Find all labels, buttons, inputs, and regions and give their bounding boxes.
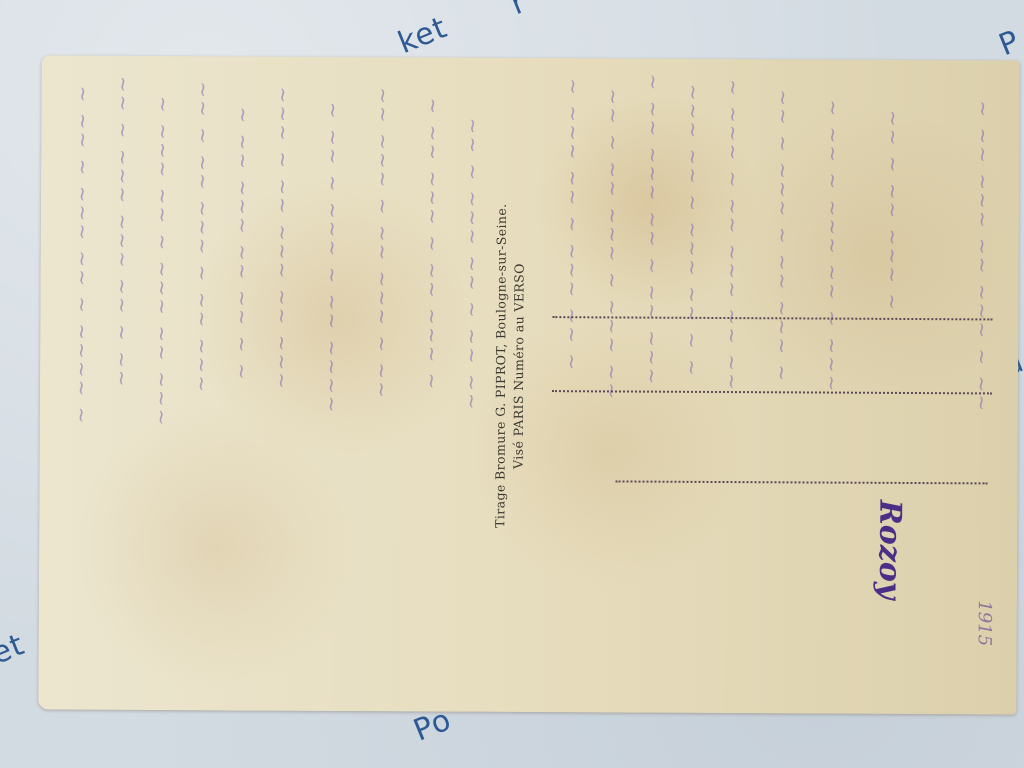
imprint-line-2: Visé PARIS Numéro au VERSO xyxy=(509,106,530,626)
handwriting-line: ~ ~~ ~ ~~~ ~~ ~ ~~~ xyxy=(820,100,846,394)
handwriting-line: ~~ ~ ~~~ ~~~ ~~ ~ ~~ xyxy=(110,76,136,389)
handwriting-line: ~~ ~ ~~ ~~~ ~ ~~~ ~~ xyxy=(600,88,626,401)
postcard-verso: ~ ~~ ~ ~~~ ~~ ~ ~~~~ ~ ~~ ~ ~~~ ~~~ ~~ ~… xyxy=(38,55,1019,714)
handwriting-line: ~~~ ~ ~~ ~~~ ~~ ~~~ xyxy=(270,87,296,392)
handwriting-line: ~ ~~~ ~~ ~ ~~~ ~~ ~ xyxy=(560,78,586,372)
handwriting-line: ~ ~~ ~~~ ~ ~~ ~~~ ~ xyxy=(420,97,446,391)
handwriting-line: ~ ~~ ~~~ ~~ ~~~ ~ ~~ xyxy=(970,100,996,413)
handwriting-line: ~ ~~~ ~~ ~ ~~~ ~~ ~~~ xyxy=(150,96,176,428)
handwriting-line: ~~ ~ ~~~ ~ ~~ ~~~ ~ xyxy=(770,89,796,383)
handwriting-line: ~ ~~ ~ ~~~ ~~ ~ ~~~~ ~ xyxy=(70,86,96,426)
watermark-text: ket xyxy=(393,10,452,61)
date-fragment: 1915 xyxy=(974,600,995,646)
printer-imprint: Tirage Bromure G. PIPROT, Boulogne-sur-S… xyxy=(491,106,530,626)
address-line xyxy=(615,480,987,484)
handwriting-line: ~ ~~ ~ ~~~ ~ ~~ ~~~~ xyxy=(320,102,346,415)
watermark-text: et xyxy=(0,627,30,672)
watermark-text: r xyxy=(506,0,531,22)
watermark-text: P xyxy=(994,24,1024,64)
signature: Rozoy xyxy=(872,500,908,600)
handwriting-line: ~~ ~~~ ~ ~~ ~~~ ~ ~~ xyxy=(370,87,396,400)
handwriting-line: ~ ~~ ~~~ ~~ ~~ ~ ~ xyxy=(230,106,255,381)
handwriting-line: ~ ~~ ~~~ ~~ ~ ~~ ~~~ xyxy=(640,74,666,387)
handwriting-line: ~~~ ~~ ~ ~~~ ~~ ~ ~ xyxy=(680,84,706,378)
handwriting-line: ~~ ~ ~~ ~~~ ~ ~~ ~~~ xyxy=(190,81,216,394)
handwriting-line: ~~ ~ ~~ ~~~ ~ xyxy=(880,110,905,312)
handwriting-line: ~~ ~ ~~~ ~~ ~ ~~ ~~ xyxy=(460,118,486,412)
handwriting-line: ~ ~~~ ~ ~~ ~~~ ~~ ~~ xyxy=(720,79,746,392)
